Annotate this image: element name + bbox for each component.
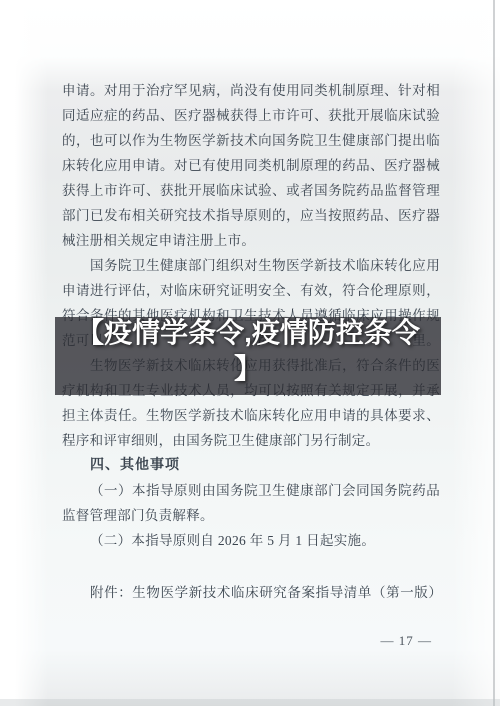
doc-line: 的，也可以作为生物医学新技术向国务院卫生健康部门提出临 [62,128,440,153]
page-number: — 17 — [381,633,433,649]
doc-line: 床转化应用申请。对已有使用同类机制原理的药品、医疗器械 [62,153,440,178]
doc-line: 获得上市许可、获批开展临床试验、或者国务院药品监督管理 [62,178,440,203]
doc-line: 械注册相关规定申请注册上市。 [62,228,440,253]
doc-line: （二）本指导原则自 2026 年 5 月 1 日起实施。 [62,528,440,553]
doc-line: 监督管理部门负责解释。 [62,503,440,528]
doc-line: 四、其他事项 [62,453,440,478]
subtitle-caption-line2: 】 [53,353,443,385]
subtitle-caption: 【疫情学条令,疫情防控条令 】 [53,313,443,385]
subtitle-caption-line1: 【疫情学条令,疫情防控条令 [53,313,443,353]
doc-line: 担主体责任。生物医学新技术临床转化应用申请的具体要求、 [62,403,440,428]
attachment-line: 附件：生物医学新技术临床研究备案指导清单（第一版） [90,581,443,601]
doc-line: 部门已发布相关研究技术指导原则的，应当按照药品、医疗器 [62,203,440,228]
doc-line: 申请进行评估，对临床研究证明安全、有效，符合伦理原则， [62,278,440,303]
doc-line: 同适应症的药品、医疗器械获得上市许可、获批开展临床试验 [62,103,440,128]
doc-line: （一）本指导原则由国务院卫生健康部门会同国务院药品 [62,478,440,503]
scan-right-edge-line [493,0,495,706]
doc-line: 程序和评审细则，由国务院卫生健康部门另行制定。 [62,428,440,453]
scan-bottom-shadow [0,699,500,706]
doc-line: 申请。对用于治疗罕见病，尚没有使用同类机制原理、针对相 [62,78,440,103]
doc-line: 国务院卫生健康部门组织对生物医学新技术临床转化应用 [62,253,440,278]
